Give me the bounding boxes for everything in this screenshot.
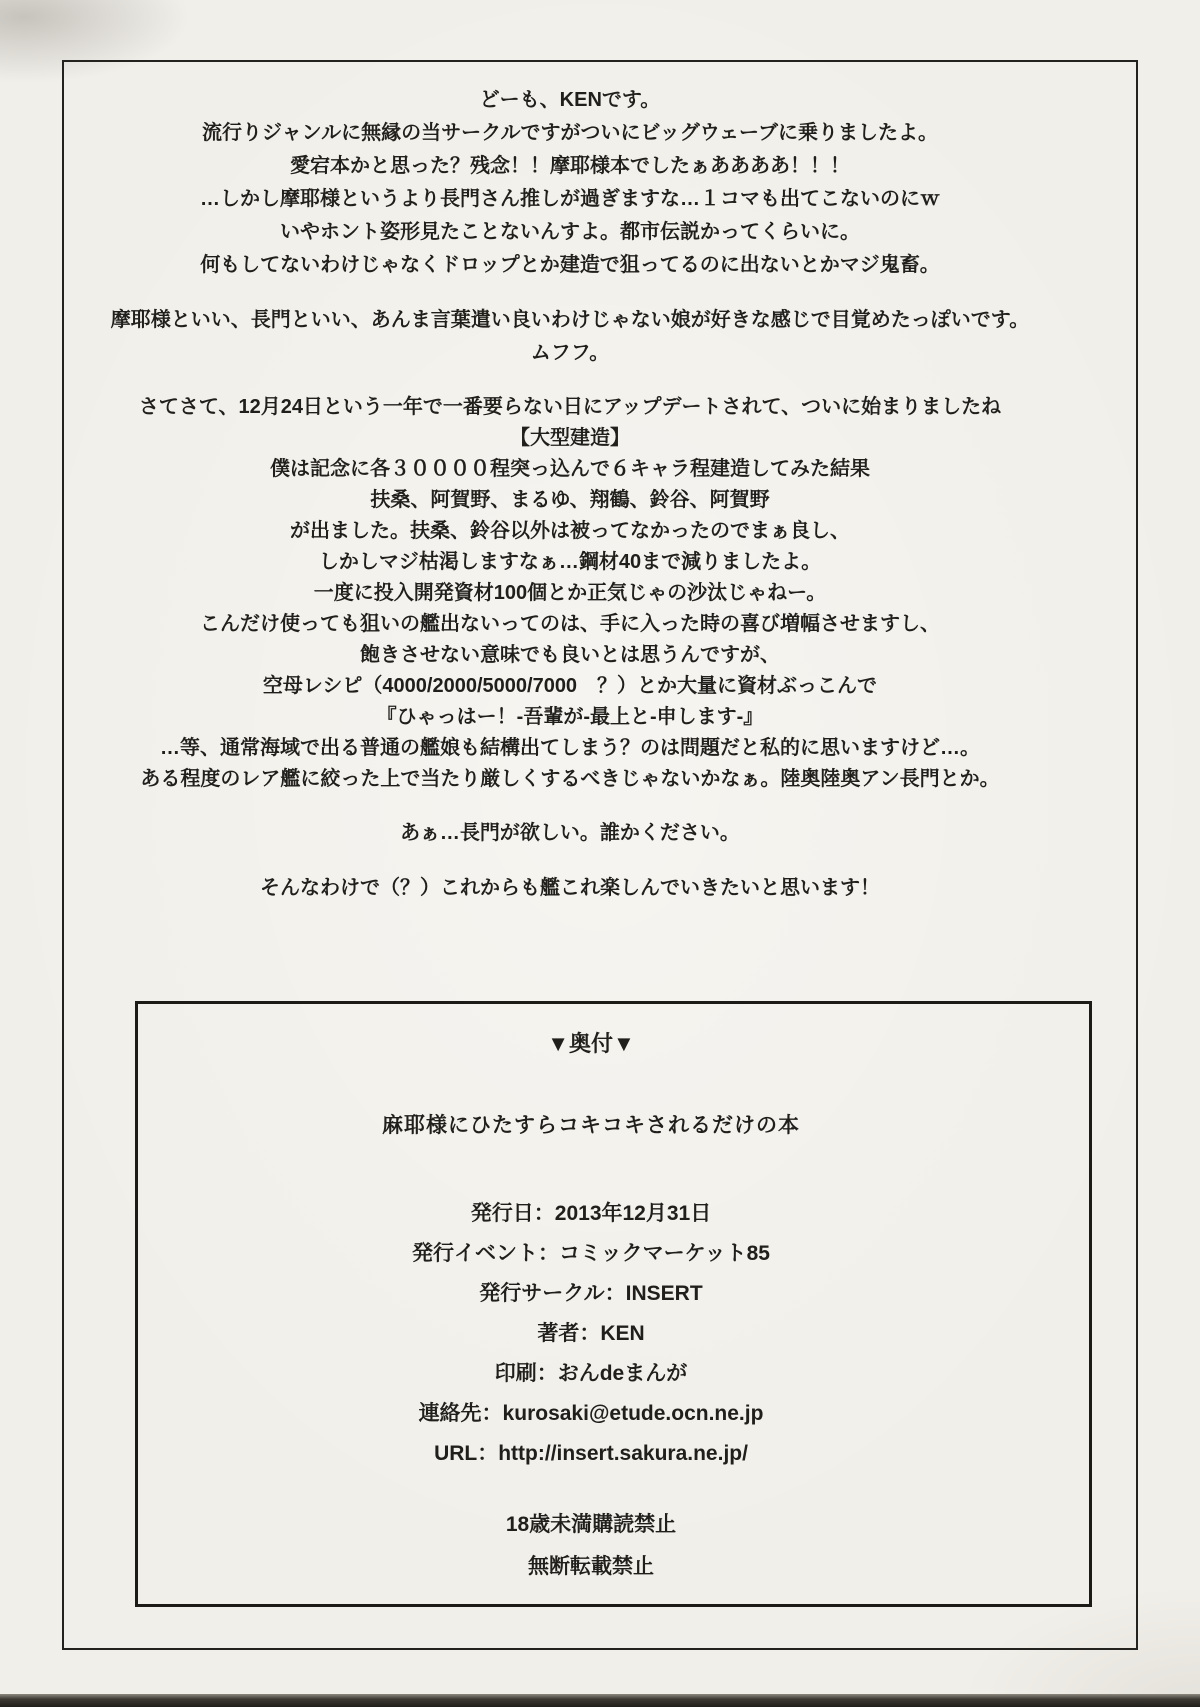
- colophon-entry-contact-email: 連絡先：kurosaki@etude.ocn.ne.jp: [138, 1394, 1044, 1434]
- afterword-paragraph-taste: 摩耶様といい、長門といい、あんま言葉遣い良いわけじゃない娘が好きな感じで目覚めた…: [70, 304, 1070, 370]
- afterword-line: ある程度のレア艦に絞った上で当たり厳しくするべきじゃないかなぁ。陸奥陸奥アン長門…: [70, 764, 1070, 795]
- afterword-line: 飽きさせない意味でも良いとは思うんですが、: [70, 640, 1070, 671]
- scan-edge-artifact: [0, 1694, 1200, 1707]
- afterword-paragraph-closing: そんなわけで（？）これからも艦これ楽しんでいきたいと思います！: [70, 872, 1070, 905]
- colophon-notices: 18歳未満購読禁止 無断転載禁止: [138, 1504, 1044, 1588]
- afterword-line: 空母レシピ（4000/2000/5000/7000 ？）とか大量に資材ぶっこんで: [70, 671, 1070, 702]
- notice-age-restriction: 18歳未満購読禁止: [138, 1504, 1044, 1546]
- colophon-entry-event: 発行イベント：コミックマーケット85: [138, 1234, 1044, 1274]
- afterword-line: 扶桑、阿賀野、まるゆ、翔鶴、鈴谷、阿賀野: [70, 485, 1070, 516]
- afterword-line: 『ひゃっはー！-吾輩が-最上と-申します-』: [70, 702, 1070, 733]
- scanned-page: { "page": { "paper_color": "#f1efe9", "i…: [0, 0, 1200, 1707]
- afterword-line: しかしマジ枯渇しますなぁ…鋼材40まで減りましたよ。: [70, 547, 1070, 578]
- afterword-line: どーも、KENです。: [70, 84, 1070, 117]
- afterword-line: ムフフ。: [70, 337, 1070, 370]
- colophon-entry-publish-date: 発行日：2013年12月31日: [138, 1194, 1044, 1234]
- notice-no-reproduction: 無断転載禁止: [138, 1546, 1044, 1588]
- afterword-line: 一度に投入開発資材100個とか正気じゃの沙汰じゃねー。: [70, 578, 1070, 609]
- afterword-line: が出ました。扶桑、鈴谷以外は被ってなかったのでまぁ良し、: [70, 516, 1070, 547]
- afterword-line: 僕は記念に各３００００程突っ込んで６キャラ程建造してみた結果: [70, 454, 1070, 485]
- afterword-line: さてさて、12月24日という一年で一番要らない日にアップデートされて、ついに始ま…: [70, 392, 1070, 423]
- afterword-line: 【大型建造】: [70, 423, 1070, 454]
- colophon-box: ▼奥付▼ 麻耶様にひたすらコキコキされるだけの本 発行日：2013年12月31日…: [135, 1001, 1092, 1607]
- afterword-paragraph-wish: あぁ…長門が欲しい。誰かください。: [70, 817, 1070, 850]
- book-title: 麻耶様にひたすらコキコキされるだけの本: [138, 1114, 1044, 1138]
- colophon-entry-author: 著者：KEN: [138, 1314, 1044, 1354]
- colophon-entry-url: URL：http://insert.sakura.ne.jp/: [138, 1434, 1044, 1474]
- afterword-line: こんだけ使っても狙いの艦出ないってのは、手に入った時の喜び増幅させますし、: [70, 609, 1070, 640]
- afterword-paragraph-update: さてさて、12月24日という一年で一番要らない日にアップデートされて、ついに始ま…: [70, 392, 1070, 795]
- afterword-line: あぁ…長門が欲しい。誰かください。: [70, 817, 1070, 850]
- afterword-text: どーも、KENです。 流行りジャンルに無縁の当サークルですがついにビッグウェーブ…: [70, 84, 1070, 905]
- afterword-line: 何もしてないわけじゃなくドロップとか建造で狙ってるのに出ないとかマジ鬼畜。: [70, 249, 1070, 282]
- afterword-line: …しかし摩耶様というより長門さん推しが過ぎますな…１コマも出てこないのにｗ: [70, 183, 1070, 216]
- afterword-line: いやホント姿形見たことないんすよ。都市伝説かってくらいに。: [70, 216, 1070, 249]
- colophon-heading: ▼奥付▼: [138, 1032, 1044, 1056]
- afterword-line: …等、通常海域で出る普通の艦娘も結構出てしまう？のは問題だと私的に思いますけど……: [70, 733, 1070, 764]
- afterword-line: 摩耶様といい、長門といい、あんま言葉遣い良いわけじゃない娘が好きな感じで目覚めた…: [70, 304, 1070, 337]
- afterword-line: 流行りジャンルに無縁の当サークルですがついにビッグウェーブに乗りましたよ。: [70, 117, 1070, 150]
- colophon-entry-circle: 発行サークル：INSERT: [138, 1274, 1044, 1314]
- colophon-entries: 発行日：2013年12月31日 発行イベント：コミックマーケット85 発行サーク…: [138, 1194, 1044, 1474]
- afterword-line: 愛宕本かと思った？残念！！摩耶様本でしたぁああああ！！！: [70, 150, 1070, 183]
- afterword-line: そんなわけで（？）これからも艦これ楽しんでいきたいと思います！: [70, 872, 1070, 905]
- afterword-paragraph-greeting: どーも、KENです。 流行りジャンルに無縁の当サークルですがついにビッグウェーブ…: [70, 84, 1070, 282]
- colophon-entry-printer: 印刷：おんdeまんが: [138, 1354, 1044, 1394]
